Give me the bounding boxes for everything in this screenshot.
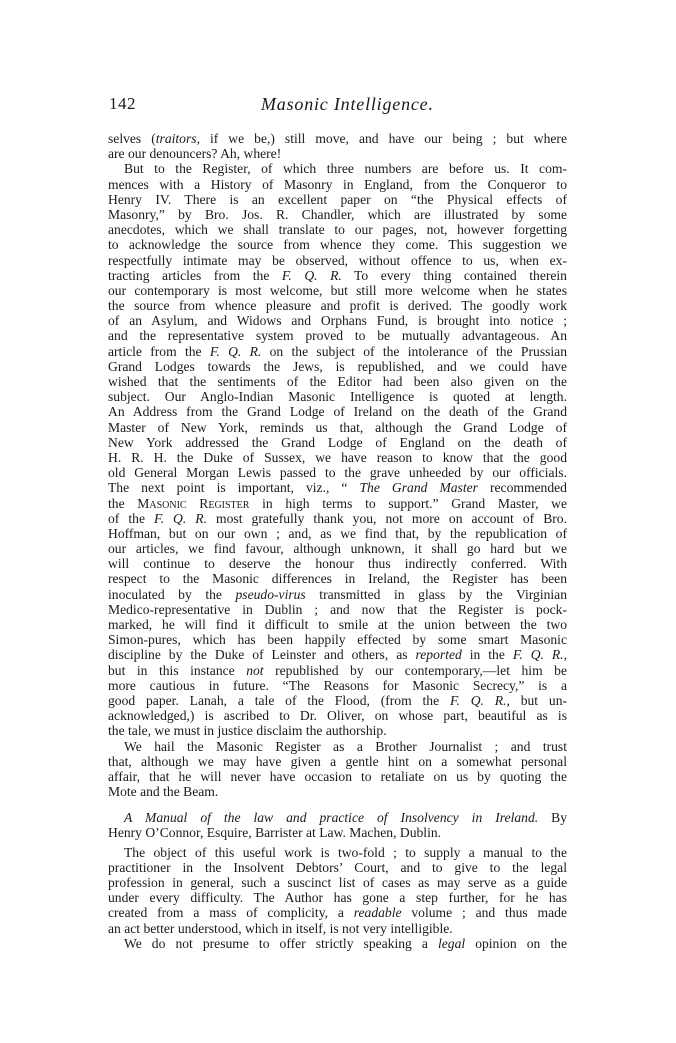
- text-line: A Manual of the law and practice of Inso…: [108, 810, 567, 825]
- italic-text: not: [246, 663, 263, 678]
- book-page: 142 Masonic Intelligence. selves (traito…: [0, 0, 676, 1043]
- italic-text: F. Q. R.: [450, 693, 507, 708]
- text-line: wished that the sentiments of the Editor…: [108, 374, 567, 389]
- text-line: under every difficulty. The Author has g…: [108, 890, 567, 905]
- text-line: Grand Lodges towards the Jews, is republ…: [108, 359, 567, 374]
- italic-text: F. Q. R.: [154, 511, 207, 526]
- text-line: our articles, we find favour, although u…: [108, 541, 567, 556]
- text-line: Medico-representative in Dublin ; and no…: [108, 602, 567, 617]
- text-line: acknowledged,) is ascribed to Dr. Oliver…: [108, 708, 567, 723]
- text-line: We do not presume to offer strictly spea…: [108, 936, 567, 951]
- text-line: New York addressed the Grand Lodge of En…: [108, 435, 567, 450]
- text-line: subject. Our Anglo-Indian Masonic Intell…: [108, 389, 567, 404]
- body-text: selves (traitors, if we be,) still move,…: [108, 131, 567, 951]
- text-line: marked, he will find it difficult to smi…: [108, 617, 567, 632]
- text-line: that, although we may have given a gentl…: [108, 754, 567, 769]
- text-line: to acknowledge the source from whence th…: [108, 237, 567, 252]
- text-line: Henry O’Connor, Esquire, Barrister at La…: [108, 825, 567, 840]
- text-line: Simon-pures, which has been happily effe…: [108, 632, 567, 647]
- text-line: our contemporary is most welcome, but st…: [108, 283, 567, 298]
- italic-text: F. Q. R.: [282, 268, 342, 283]
- small-caps-text: Masonic Register: [137, 496, 249, 511]
- text-line: an act better understood, which in itsel…: [108, 921, 567, 936]
- text-line: and the representative system proved to …: [108, 328, 567, 343]
- text-line: mences with a History of Masonry in Engl…: [108, 177, 567, 192]
- page-number: 142: [109, 94, 136, 114]
- text-line: tracting articles from the F. Q. R. To e…: [108, 268, 567, 283]
- text-line: Hoffman, but on our own ; and, as we fin…: [108, 526, 567, 541]
- italic-text: reported: [415, 647, 461, 662]
- text-line: the tale, we must in justice disclaim th…: [108, 723, 567, 738]
- text-line: will continue to deserve the honour thus…: [108, 556, 567, 571]
- italic-text: A Manual of the law and practice of Inso…: [124, 810, 538, 825]
- running-head-title: Masonic Intelligence.: [261, 94, 434, 114]
- text-line: Mote and the Beam.: [108, 784, 567, 799]
- text-line: of the F. Q. R. most gratefully thank yo…: [108, 511, 567, 526]
- text-line: but in this instance not republished by …: [108, 663, 567, 678]
- text-line: The next point is important, viz., “ The…: [108, 480, 567, 495]
- text-line: Henry IV. There is an excellent paper on…: [108, 192, 567, 207]
- italic-text: readable: [354, 905, 402, 920]
- italic-text: legal: [438, 936, 465, 951]
- text-line: An Address from the Grand Lodge of Irela…: [108, 404, 567, 419]
- text-line: Master of New York, reminds us that, alt…: [108, 420, 567, 435]
- text-line: The object of this useful work is two-fo…: [108, 845, 567, 860]
- text-line: good paper. Lanah, a tale of the Flood, …: [108, 693, 567, 708]
- text-line: selves (traitors, if we be,) still move,…: [108, 131, 567, 146]
- text-line: the source from whence pleasure and prof…: [108, 298, 567, 313]
- text-line: We hail the Masonic Register as a Brothe…: [108, 739, 567, 754]
- text-line: discipline by the Duke of Leinster and o…: [108, 647, 567, 662]
- running-head: 142 Masonic Intelligence.: [109, 94, 567, 114]
- text-line: anecdotes, which we shall translate to o…: [108, 222, 567, 237]
- text-line: practitioner in the Insolvent Debtors’ C…: [108, 860, 567, 875]
- italic-text: pseudo-virus: [236, 587, 306, 602]
- text-line: article from the F. Q. R. on the subject…: [108, 344, 567, 359]
- text-line: more cautious in future. “The Reasons fo…: [108, 678, 567, 693]
- italic-text: F. Q. R.: [513, 647, 564, 662]
- italic-text: traitors: [156, 131, 197, 146]
- text-line: of an Asylum, and Widows and Orphans Fun…: [108, 313, 567, 328]
- text-line: But to the Register, of which three numb…: [108, 161, 567, 176]
- text-line: profession in general, such a suscinct l…: [108, 875, 567, 890]
- text-line: Masonry,” by Bro. Jos. R. Chandler, whic…: [108, 207, 567, 222]
- text-line: affair, that he will never have occasion…: [108, 769, 567, 784]
- text-line: respectfully intimate may be observed, w…: [108, 253, 567, 268]
- text-line: old General Morgan Lewis passed to the g…: [108, 465, 567, 480]
- text-line: created from a mass of complicity, a rea…: [108, 905, 567, 920]
- text-line: H. R. H. the Duke of Sussex, we have rea…: [108, 450, 567, 465]
- italic-text: F. Q. R.: [210, 344, 261, 359]
- text-line: inoculated by the pseudo-virus transmitt…: [108, 587, 567, 602]
- paragraph-gap: [108, 799, 567, 810]
- text-line: respect to the Masonic differences in Ir…: [108, 571, 567, 586]
- text-line: are our denouncers? Ah, where!: [108, 146, 567, 161]
- text-line: the Masonic Register in high terms to su…: [108, 496, 567, 511]
- italic-text: The Grand Master: [359, 480, 477, 495]
